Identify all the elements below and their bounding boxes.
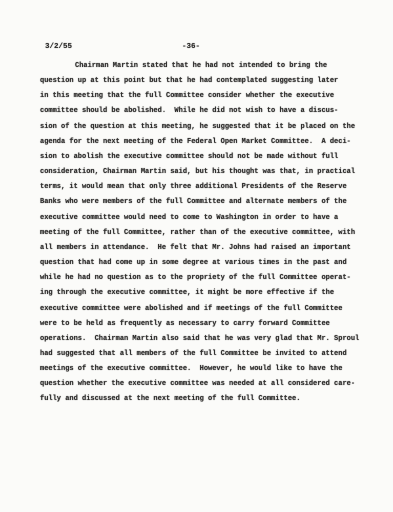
- text-line: sion to abolish the executive committee …: [40, 150, 376, 165]
- page-header: 3/2/55 -36-: [0, 43, 393, 55]
- text-line: all members in attendance. He felt that …: [40, 241, 376, 256]
- text-line: consideration, Chairman Martin said, but…: [40, 165, 376, 180]
- document-date: 3/2/55: [45, 43, 72, 51]
- text-line: question that had come up in some degree…: [40, 256, 376, 271]
- text-line: agenda for the next meeting of the Feder…: [40, 135, 376, 150]
- text-line: Banks who were members of the full Commi…: [40, 195, 376, 210]
- text-line: question whether the executive committee…: [40, 377, 376, 392]
- text-line: committee should be abolished. While he …: [40, 104, 376, 119]
- text-line: fully and discussed at the next meeting …: [40, 392, 376, 407]
- text-line: terms, it would mean that only three add…: [40, 180, 376, 195]
- document-page: 3/2/55 -36- Chairman Martin stated that …: [0, 0, 393, 512]
- page-text: Chairman Martin stated that he had not i…: [40, 59, 376, 408]
- text-line: were to be held as frequently as necessa…: [40, 317, 376, 332]
- text-line: while he had no question as to the propr…: [40, 271, 376, 286]
- text-line: question up at this point but that he ha…: [40, 74, 376, 89]
- text-line: Chairman Martin stated that he had not i…: [40, 59, 376, 74]
- text-line: executive committee were abolished and i…: [40, 302, 376, 317]
- text-line: in this meeting that the full Committee …: [40, 89, 376, 104]
- text-line: executive committee would need to come t…: [40, 211, 376, 226]
- text-line: ing through the executive committee, it …: [40, 286, 376, 301]
- text-line: meeting of the full Committee, rather th…: [40, 226, 376, 241]
- text-line: sion of the question at this meeting, he…: [40, 120, 376, 135]
- text-line: meetings of the executive committee. How…: [40, 362, 376, 377]
- page-number: -36-: [182, 43, 200, 51]
- text-line: operations. Chairman Martin also said th…: [40, 332, 376, 347]
- text-line: had suggested that all members of the fu…: [40, 347, 376, 362]
